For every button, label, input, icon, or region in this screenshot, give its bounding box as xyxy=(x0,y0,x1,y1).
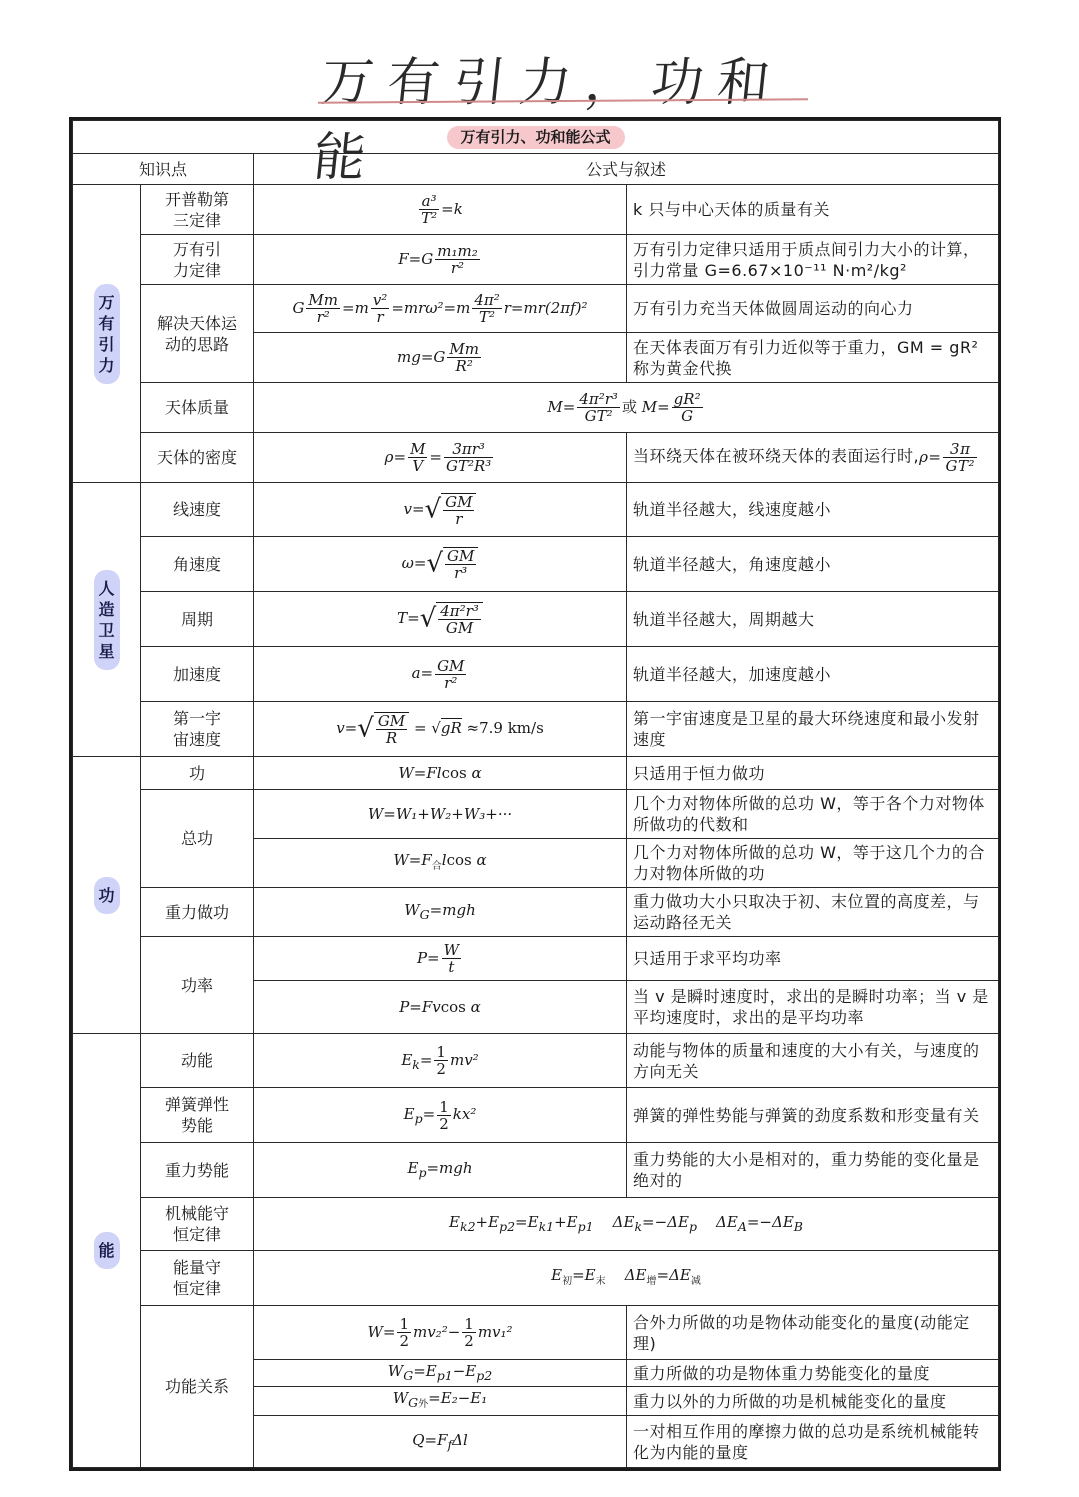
topic-cell: 加速度 xyxy=(141,647,254,702)
formula-cell: WG=mgh xyxy=(254,888,627,937)
category-energy: 能 xyxy=(94,1232,120,1269)
desc-cell: 当 v 是瞬时速度时，求出的是瞬时功率；当 v 是平均速度时，求出的是平均功率 xyxy=(627,981,999,1034)
header-row: 知识点 公式与叙述 xyxy=(73,154,999,185)
formula-cell: mg=GMmR² xyxy=(254,333,627,383)
formula-cell: W=F合lcos α xyxy=(254,839,627,888)
header-topic: 知识点 xyxy=(73,154,254,185)
topic-cell: 周期 xyxy=(141,592,254,647)
topic-cell: 线速度 xyxy=(141,483,254,537)
desc-cell: k 只与中心天体的质量有关 xyxy=(627,185,999,235)
caption-row: 万有引力、功和能公式 xyxy=(73,121,999,154)
table-row: 第一宇宙速度 v=√GMR = √gR ≈7.9 km/s 第一宇宙速度是卫星的… xyxy=(73,702,999,757)
topic-cell: 第一宇宙速度 xyxy=(141,702,254,757)
desc-cell: 重力做功大小只取决于初、末位置的高度差，与运动路径无关 xyxy=(627,888,999,937)
table-row: 机械能守恒定律 Ek2+Ep2=Ek1+Ep1 ΔEk=−ΔEp ΔEA=−ΔE… xyxy=(73,1198,999,1251)
desc-cell: 重力以外的力所做的功是机械能变化的量度 xyxy=(627,1387,999,1416)
table-row: 周期 T=√4π²r³GM 轨道半径越大，周期越大 xyxy=(73,592,999,647)
topic-cell: 动能 xyxy=(141,1034,254,1088)
table-row: 功 功 W=Flcos α 只适用于恒力做功 xyxy=(73,757,999,790)
topic-cell: 重力做功 xyxy=(141,888,254,937)
formula-cell: a=GMr² xyxy=(254,647,627,702)
header-formula: 公式与叙述 xyxy=(254,154,999,185)
formula-cell: WG=Ep1−Ep2 xyxy=(254,1360,627,1387)
topic-cell: 重力势能 xyxy=(141,1143,254,1198)
topic-cell: 角速度 xyxy=(141,537,254,592)
desc-cell: 动能与物体的质量和速度的大小有关，与速度的方向无关 xyxy=(627,1034,999,1088)
formula-cell: P=Fvcos α xyxy=(254,981,627,1034)
table-row: 万有引力 开普勒第三定律 a³T²=k k 只与中心天体的质量有关 xyxy=(73,185,999,235)
formula-cell: v=√GMR = √gR ≈7.9 km/s xyxy=(254,702,627,757)
desc-cell: 万有引力定律只适用于质点间引力大小的计算，引力常量 G=6.67×10⁻¹¹ N… xyxy=(627,235,999,285)
desc-cell: 轨道半径越大，线速度越小 xyxy=(627,483,999,537)
formula-cell: a³T²=k xyxy=(254,185,627,235)
desc-cell: 当环绕天体在被环绕天体的表面运行时,ρ=3πGT² xyxy=(627,433,999,483)
desc-cell: 重力所做的功是物体重力势能变化的量度 xyxy=(627,1360,999,1387)
table-row: 解决天体运动的思路 GMmr²=mv²r=mrω²=m4π²T²r=mr(2πf… xyxy=(73,285,999,333)
formula-cell: GMmr²=mv²r=mrω²=m4π²T²r=mr(2πf)² xyxy=(254,285,627,333)
desc-cell: 只适用于恒力做功 xyxy=(627,757,999,790)
table-row: 能量守恒定律 E初=E末 ΔE增=ΔE减 xyxy=(73,1251,999,1306)
desc-cell: 重力势能的大小是相对的，重力势能的变化量是绝对的 xyxy=(627,1143,999,1198)
formula-cell: v=√GMr xyxy=(254,483,627,537)
category-work: 功 xyxy=(94,877,120,914)
topic-cell: 功能关系 xyxy=(141,1306,254,1468)
formula-cell: ρ=MV=3πr³GT²R³ xyxy=(254,433,627,483)
table-row: 重力势能 Ep=mgh 重力势能的大小是相对的，重力势能的变化量是绝对的 xyxy=(73,1143,999,1198)
desc-cell: 只适用于求平均功率 xyxy=(627,937,999,981)
desc-cell: 弹簧的弹性势能与弹簧的劲度系数和形变量有关 xyxy=(627,1088,999,1143)
topic-cell: 功率 xyxy=(141,937,254,1034)
formula-cell: W=Flcos α xyxy=(254,757,627,790)
formula-cell: ω=√GMr³ xyxy=(254,537,627,592)
table-row: 重力做功 WG=mgh 重力做功大小只取决于初、末位置的高度差，与运动路径无关 xyxy=(73,888,999,937)
topic-cell: 解决天体运动的思路 xyxy=(141,285,254,383)
desc-cell: 轨道半径越大，加速度越小 xyxy=(627,647,999,702)
table-row: 天体的密度 ρ=MV=3πr³GT²R³ 当环绕天体在被环绕天体的表面运行时,ρ… xyxy=(73,433,999,483)
topic-cell: 天体的密度 xyxy=(141,433,254,483)
formula-cell: WG外=E₂−E₁ xyxy=(254,1387,627,1416)
topic-cell: 总功 xyxy=(141,790,254,888)
topic-cell: 功 xyxy=(141,757,254,790)
desc-cell: 几个力对物体所做的总功 W，等于各个力对物体所做功的代数和 xyxy=(627,790,999,839)
table-row: 加速度 a=GMr² 轨道半径越大，加速度越小 xyxy=(73,647,999,702)
desc-cell: 轨道半径越大，角速度越小 xyxy=(627,537,999,592)
category-satellite: 人造卫星 xyxy=(94,570,120,670)
topic-cell: 天体质量 xyxy=(141,383,254,433)
table-caption: 万有引力、功和能公式 xyxy=(447,126,625,149)
topic-cell: 机械能守恒定律 xyxy=(141,1198,254,1251)
desc-cell: 一对相互作用的摩擦力做的总功是系统机械能转化为内能的量度 xyxy=(627,1416,999,1468)
desc-cell: 合外力所做的功是物体动能变化的量度(动能定理) xyxy=(627,1306,999,1360)
formula-table: 万有引力、功和能公式 知识点 公式与叙述 万有引力 开普勒第三定律 a³T²=k… xyxy=(72,120,999,1468)
table-row: 人造卫星 线速度 v=√GMr 轨道半径越大，线速度越小 xyxy=(73,483,999,537)
table-row: 弹簧弹性势能 Ep=12kx² 弹簧的弹性势能与弹簧的劲度系数和形变量有关 xyxy=(73,1088,999,1143)
desc-cell: 在天体表面万有引力近似等于重力，GM = gR² 称为黄金代换 xyxy=(627,333,999,383)
formula-cell: P=Wt xyxy=(254,937,627,981)
table-row: 功率 P=Wt 只适用于求平均功率 xyxy=(73,937,999,981)
topic-cell: 万有引力定律 xyxy=(141,235,254,285)
category-gravitation: 万有引力 xyxy=(94,284,120,384)
formula-cell: W=W₁+W₂+W₃+··· xyxy=(254,790,627,839)
topic-cell: 开普勒第三定律 xyxy=(141,185,254,235)
table-row: 角速度 ω=√GMr³ 轨道半径越大，角速度越小 xyxy=(73,537,999,592)
formula-cell: Ep=mgh xyxy=(254,1143,627,1198)
formula-cell: W=12mv₂²−12mv₁² xyxy=(254,1306,627,1360)
formula-cell: Ek=12mv² xyxy=(254,1034,627,1088)
formula-cell: T=√4π²r³GM xyxy=(254,592,627,647)
table-row: 功能关系 W=12mv₂²−12mv₁² 合外力所做的功是物体动能变化的量度(动… xyxy=(73,1306,999,1360)
formula-cell: E初=E末 ΔE增=ΔE减 xyxy=(254,1251,999,1306)
handwritten-title: 万有引力，功和能 xyxy=(300,38,820,108)
desc-cell: 轨道半径越大，周期越大 xyxy=(627,592,999,647)
desc-cell: 第一宇宙速度是卫星的最大环绕速度和最小发射速度 xyxy=(627,702,999,757)
formula-sheet: 万有引力、功和能公式 知识点 公式与叙述 万有引力 开普勒第三定律 a³T²=k… xyxy=(69,117,1001,1471)
topic-cell: 弹簧弹性势能 xyxy=(141,1088,254,1143)
table-row: 能 动能 Ek=12mv² 动能与物体的质量和速度的大小有关，与速度的方向无关 xyxy=(73,1034,999,1088)
formula-cell: F=Gm₁m₂r² xyxy=(254,235,627,285)
formula-cell: M=4π²r³GT²或 M=gR²G xyxy=(254,383,999,433)
desc-cell: 几个力对物体所做的总功 W，等于这几个力的合力对物体所做的功 xyxy=(627,839,999,888)
formula-cell: Ek2+Ep2=Ek1+Ep1 ΔEk=−ΔEp ΔEA=−ΔEB xyxy=(254,1198,999,1251)
table-row: 天体质量 M=4π²r³GT²或 M=gR²G xyxy=(73,383,999,433)
desc-cell: 万有引力充当天体做圆周运动的向心力 xyxy=(627,285,999,333)
table-row: 总功 W=W₁+W₂+W₃+··· 几个力对物体所做的总功 W，等于各个力对物体… xyxy=(73,790,999,839)
formula-cell: Q=FfΔl xyxy=(254,1416,627,1468)
formula-cell: Ep=12kx² xyxy=(254,1088,627,1143)
table-row: 万有引力定律 F=Gm₁m₂r² 万有引力定律只适用于质点间引力大小的计算，引力… xyxy=(73,235,999,285)
topic-cell: 能量守恒定律 xyxy=(141,1251,254,1306)
